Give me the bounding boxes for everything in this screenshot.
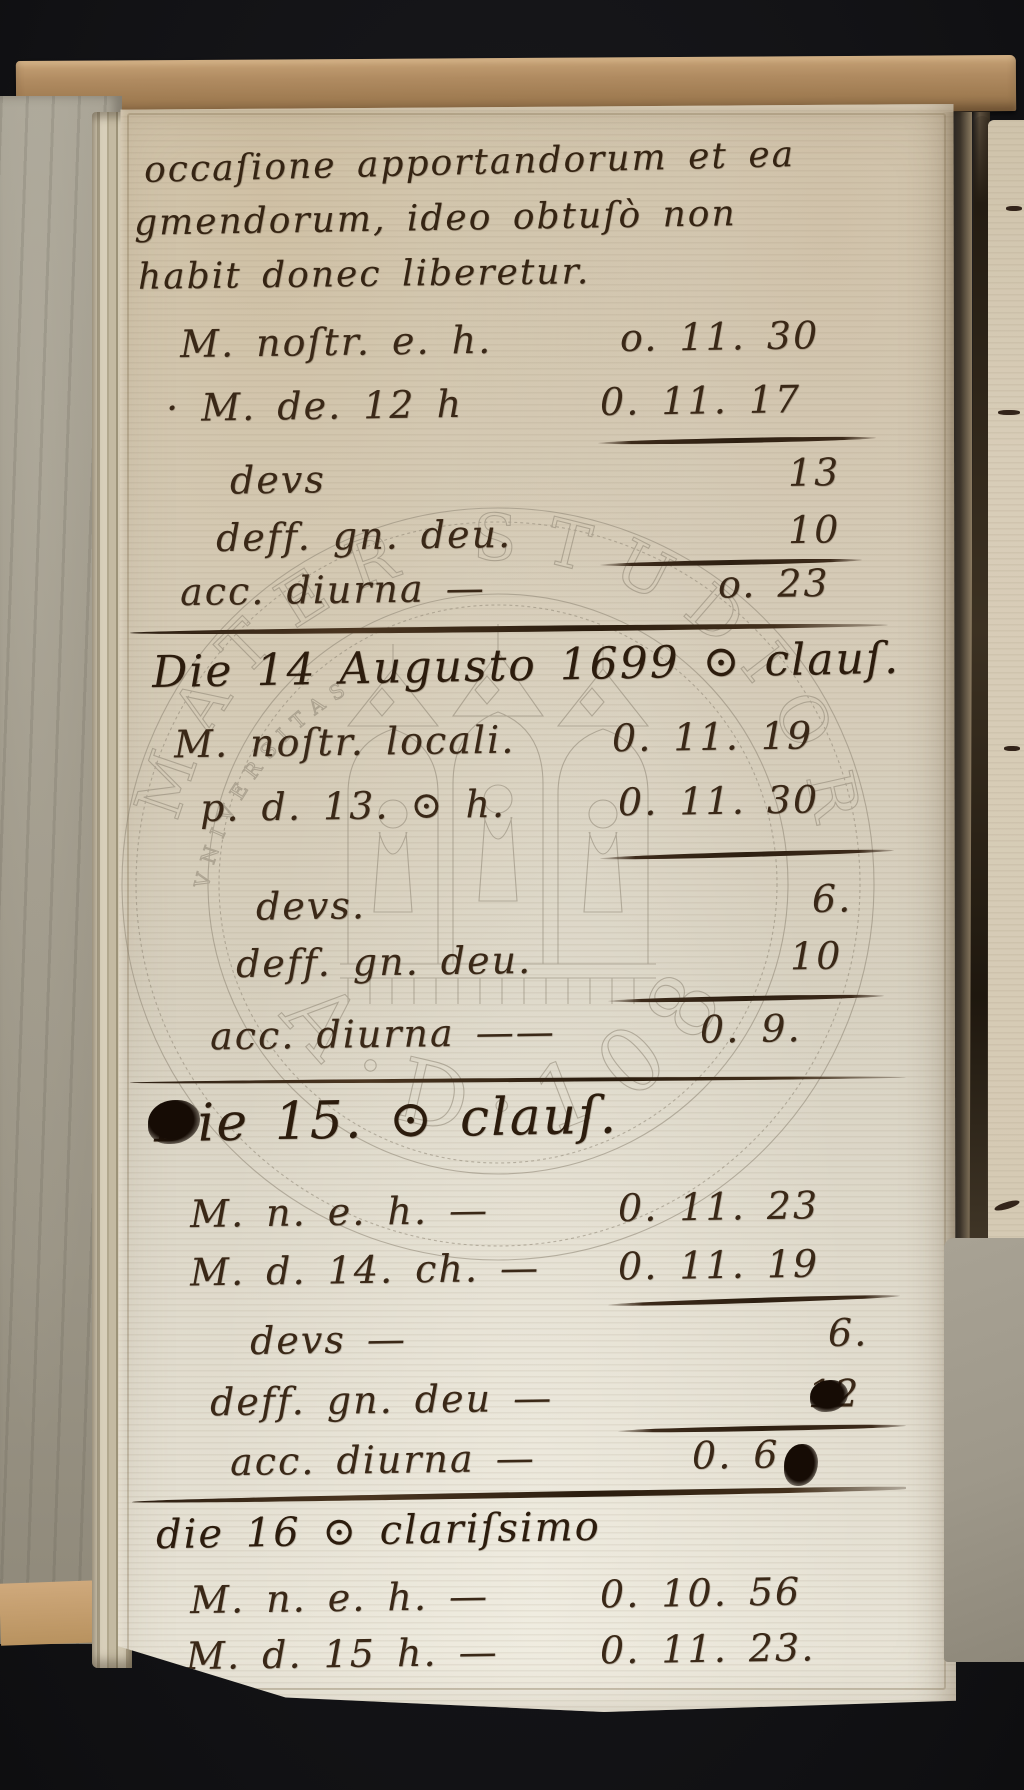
row-value: 10 xyxy=(788,507,841,552)
row-label: M. n. e. h. — xyxy=(190,1188,490,1236)
row-value: 0. 11. 17 xyxy=(600,377,802,424)
observation-row: M. noſtr. e. h. o. 11. 30 xyxy=(180,318,493,366)
date-header: Die 15. ⊙ clauſ. xyxy=(153,1086,618,1155)
facing-flyleaf-lower xyxy=(944,1238,1024,1662)
manuscript-page: MATER STUDIORUM VNIVERSITAS A·D·1088 xyxy=(118,104,956,1712)
manuscript-scan: MATER STUDIORUM VNIVERSITAS A·D·1088 xyxy=(0,0,1024,1790)
cover-leather-corner xyxy=(0,1580,101,1645)
row-label: acc. diurna — xyxy=(230,1436,536,1484)
sum-underline xyxy=(608,993,884,1003)
row-value: 0. 11. 19 xyxy=(618,1242,820,1289)
row-value: 6. xyxy=(828,1310,869,1355)
observation-row: deff. gn. deu — 12 xyxy=(210,1376,554,1425)
observation-row: M. n. e. h. — 0. 10. 56 xyxy=(190,1574,490,1622)
observation-row: devs — 6. xyxy=(250,1317,407,1363)
observation-row: M. noſtr. locali. 0. 11. 19 xyxy=(174,718,516,767)
row-label: · M. de. 12 h xyxy=(166,382,464,430)
row-label: devs xyxy=(230,457,326,502)
row-value: 0. 11. 19 xyxy=(612,713,814,760)
section-divider xyxy=(132,1486,906,1504)
observation-row: devs 13 xyxy=(230,457,326,502)
observation-row: acc. diurna —— 0. 9. xyxy=(210,1010,556,1059)
observation-row: · M. de. 12 h 0. 11. 17 xyxy=(166,382,464,430)
observation-row: M. d. 15 h. — 0. 11. 23. xyxy=(186,1630,499,1678)
observation-row: deff. gn. deu. 10 xyxy=(216,512,513,560)
watermark-small-ring-text: VNIVERSITAS xyxy=(189,673,357,892)
paragraph-line: occaſione apportandorum et ea xyxy=(144,134,796,191)
row-value: o. 23 xyxy=(718,561,830,607)
observation-row: devs. 6. xyxy=(256,883,366,929)
row-value: 10 xyxy=(790,934,843,979)
ink-blot xyxy=(784,1444,818,1486)
date-header: die 16 ⊙ clariſsimo xyxy=(156,1504,602,1559)
paragraph-line: habit donec liberetur. xyxy=(138,251,591,298)
sum-underline xyxy=(608,1293,900,1307)
sum-underline xyxy=(598,435,876,445)
paragraph-line: gmendorum, ideo obtuſò non xyxy=(134,193,737,243)
facing-page-ink-mark xyxy=(1006,206,1022,211)
date-header: Die 14 Augusto 1699 ⊙ clauſ. xyxy=(152,633,901,698)
facing-page-edge xyxy=(988,120,1024,1250)
observation-row: p. d. 13. ⊙ h. 0. 11. 30 xyxy=(200,782,507,830)
observation-row: M. n. e. h. — 0. 11. 23 xyxy=(190,1188,490,1236)
row-value: o. 11. 30 xyxy=(620,313,820,360)
facing-page-ink-mark xyxy=(998,410,1020,415)
row-label: deff. gn. deu. xyxy=(216,512,513,560)
section-divider xyxy=(130,622,888,636)
facing-page-ink-mark xyxy=(1004,746,1020,751)
row-label: M. noſtr. locali. xyxy=(174,718,516,767)
row-value: 0. 6 xyxy=(692,1432,780,1477)
row-label: M. noſtr. e. h. xyxy=(180,318,493,366)
row-label: M. n. e. h. — xyxy=(190,1574,490,1622)
observation-row: deff. gn. deu. 10 xyxy=(236,938,533,986)
observation-row: M. d. 14. ch. — 0. 11. 19 xyxy=(190,1246,541,1295)
row-value: 6. xyxy=(812,876,853,921)
row-label: p. d. 13. ⊙ h. xyxy=(200,782,507,830)
row-value: 0. 10. 56 xyxy=(600,1570,802,1617)
row-value: 13 xyxy=(788,450,841,495)
svg-text:VNIVERSITAS: VNIVERSITAS xyxy=(189,673,357,892)
row-label: deff. gn. deu. xyxy=(236,938,533,986)
row-label: devs. xyxy=(256,883,366,929)
row-label: devs — xyxy=(250,1317,407,1363)
facing-page-ink-mark xyxy=(994,1199,1021,1212)
sum-underline xyxy=(600,848,894,861)
row-value: 0. 11. 30 xyxy=(618,777,820,824)
row-value: 0. 9. xyxy=(700,1006,802,1051)
row-value: 0. 11. 23 xyxy=(618,1183,820,1230)
row-label: M. d. 15 h. — xyxy=(186,1630,499,1678)
row-label: acc. diurna — xyxy=(180,566,486,614)
observation-row: acc. diurna — 0. 6 xyxy=(230,1436,536,1484)
row-label: M. d. 14. ch. — xyxy=(190,1246,541,1295)
observation-row: acc. diurna — o. 23 xyxy=(180,566,486,614)
row-value: 0. 11. 23. xyxy=(600,1625,816,1672)
row-label: deff. gn. deu — xyxy=(210,1376,554,1425)
row-label: acc. diurna —— xyxy=(210,1010,556,1059)
section-divider xyxy=(130,1075,906,1084)
